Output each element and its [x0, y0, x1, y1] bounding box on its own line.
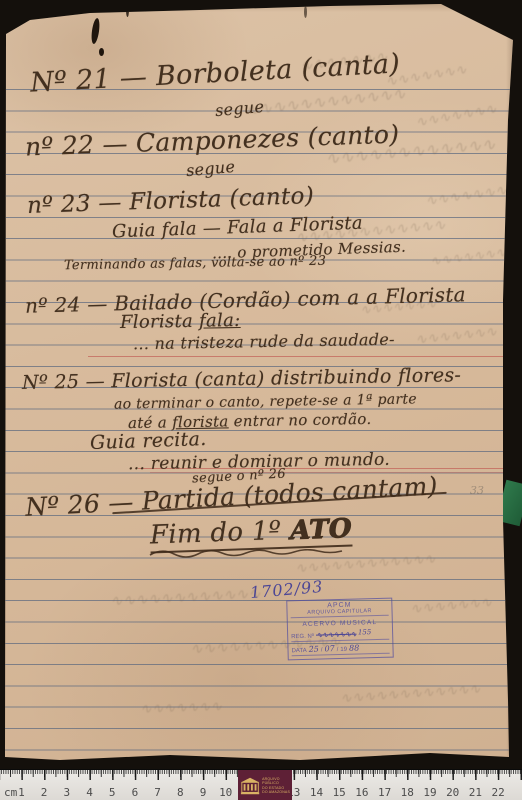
building-icon: [240, 776, 260, 796]
stamp-date-day: 25: [309, 645, 319, 654]
ruler-number: 22: [491, 786, 504, 799]
ruler-number: 8: [177, 786, 184, 799]
text-segment: Florista: [120, 311, 199, 333]
ink-blot: [90, 18, 101, 45]
ink-blot: [126, 3, 129, 17]
ruler-number: 14: [310, 786, 323, 799]
ruler-number: 17: [378, 786, 391, 799]
archive-logo-block: ARQUIVOPÚBLICODO ESTADODO AMAZONAS: [238, 770, 292, 800]
text-segment: entrar no cordão.: [228, 410, 371, 430]
text-segment: Fim do 1º: [149, 516, 290, 551]
stamp-reg-crossed-scribble: ∿∿∿∿∿∿∿: [316, 630, 356, 640]
ruler-unit-label: cm: [4, 786, 17, 799]
scanned-document-page: { "manuscript": { "n21": "Nº 21 — Borbol…: [0, 0, 522, 800]
ruler-number: 21: [469, 786, 482, 799]
stamp-date-label: DATA: [291, 648, 306, 654]
stamp-date-sep: /: [337, 647, 339, 653]
stamp-org-name: ARQUIVO CAPITULAR: [290, 608, 388, 619]
stamp-date-year-written: 88: [349, 644, 359, 653]
ruler-number: 3: [63, 786, 70, 799]
manuscript-paper: ∿∿∿∿∿∿∿∿∿∿∿∿∿∿∿∿∿∿∿∿∿∿∿∿∿∿∿∿∿∿∿∿∿∿∿∿∿∿∿∿…: [0, 0, 522, 800]
ruler-number: 7: [154, 786, 161, 799]
pencil-note: 33: [470, 484, 484, 497]
ruler-number: 18: [401, 786, 414, 799]
underlined-word: fala:: [199, 310, 241, 332]
ruler-number: 5: [109, 786, 116, 799]
ruler-number: 16: [355, 786, 368, 799]
overwritten-word: ATO: [289, 513, 352, 545]
stamp-collection: ACERVO MUSICAL: [291, 619, 389, 629]
stamp-date-month: 07: [324, 644, 334, 653]
ink-blot: [304, 6, 307, 18]
manuscript-line-fim: Fim do 1º ATO: [149, 513, 352, 553]
ink-blot: [99, 48, 104, 56]
ruler-number: 6: [132, 786, 139, 799]
ruler-number: 10: [219, 786, 232, 799]
stamp-reg-label: REG. Nº: [291, 634, 314, 641]
ruler-number: 1: [18, 786, 25, 799]
stamp-date-year-printed: 19: [340, 647, 347, 653]
manuscript-line-guia-recita: Guia recita.: [90, 428, 207, 454]
archive-stamp: APCM ARQUIVO CAPITULAR ACERVO MUSICAL RE…: [286, 598, 394, 661]
ruler-number: 19: [423, 786, 436, 799]
measurement-ruler: cm 1234567891013141516171819202122 ARQUI…: [0, 769, 522, 800]
archive-logo-text: ARQUIVOPÚBLICODO ESTADODO AMAZONAS: [262, 777, 290, 795]
red-ruled-line: [88, 356, 512, 357]
ruler-number: 4: [86, 786, 93, 799]
stamp-reg-row: REG. Nº ∿∿∿∿∿∿∿ 155: [291, 629, 389, 643]
archive-logo-line: DO AMAZONAS: [262, 790, 290, 795]
stamp-date-sep: /: [321, 647, 323, 653]
ruler-number: 15: [333, 786, 346, 799]
manuscript-line-florista-fala: Florista fala:: [120, 310, 241, 333]
stamp-reg-value: 155: [358, 628, 372, 636]
ruler-number: 2: [41, 786, 48, 799]
stamp-date-row: DATA 25 / 07 / 19 88: [291, 643, 389, 657]
ruler-number: 9: [200, 786, 207, 799]
ruler-number: 20: [446, 786, 459, 799]
wavy-flourish: [148, 549, 358, 559]
